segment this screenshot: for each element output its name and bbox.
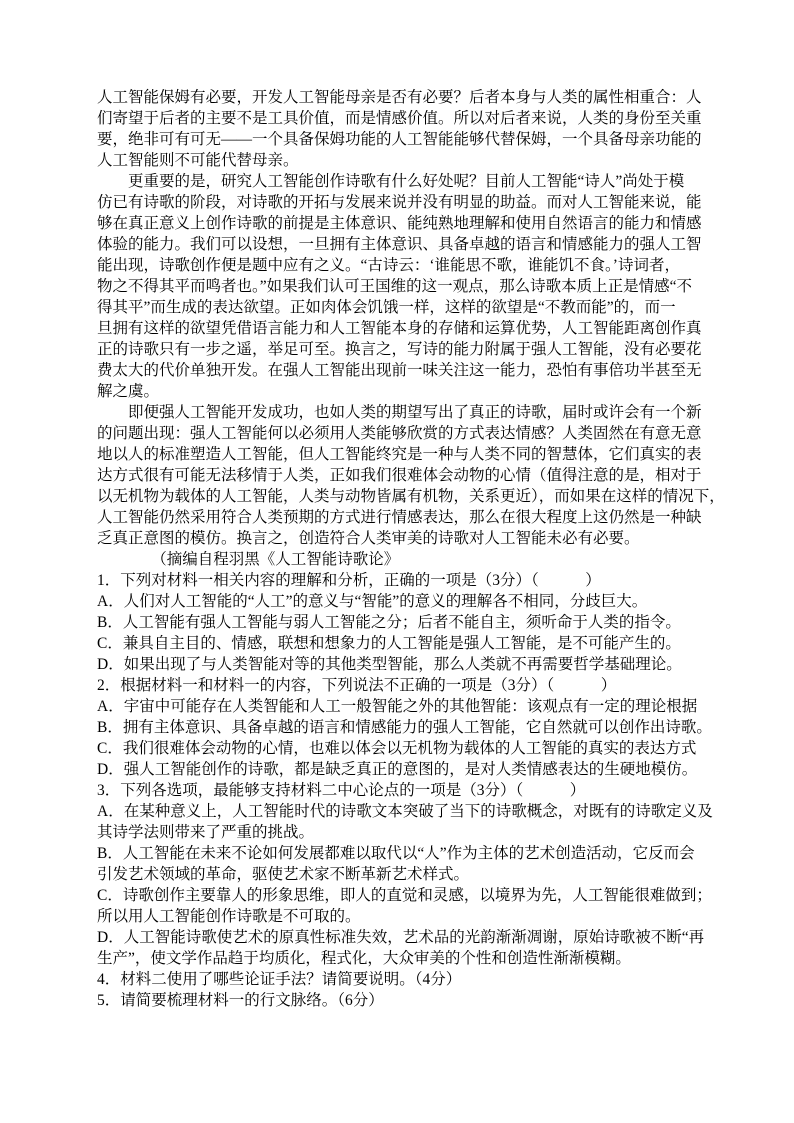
text-line: D．如果出现了与人类智能对等的其他类型智能，那么人类就不再需要哲学基础理论。 (97, 654, 794, 675)
text-line: C．诗歌创作主要靠人的形象思维，即人的直觉和灵感，以境界为先，人工智能很难做到； (97, 885, 794, 906)
text-line: 人工智能则不可能代替母亲。 (97, 150, 794, 171)
text-line: 引发艺术领域的革命，驱使艺术家不断革新艺术样式。 (97, 864, 794, 885)
text-line: 达方式很有可能无法移情于人类，正如我们很难体会动物的心情（值得注意的是，相对于 (97, 465, 794, 486)
text-line: A．人们对人工智能的“人工”的意义与“智能”的意义的理解各不相同，分歧巨大。 (97, 591, 794, 612)
text-line: 地以人的标准塑造人工智能，但人工智能终究是一种与人类不同的智慧体，它们真实的表 (97, 444, 794, 465)
text-line: 4．材料二使用了哪些论证手法？请简要说明。（4分） (97, 969, 794, 990)
text-line: 3．下列各选项，最能够支持材料二中心论点的一项是（3分）（ ） (97, 780, 794, 801)
text-line: 乏真正意图的模仿。换言之，创造符合人类审美的诗歌对人工智能未必有必要。 (97, 528, 794, 549)
text-line: 的问题出现：强人工智能何以必须用人类能够欣赏的方式表达情感？人类固然在有意无意 (97, 423, 794, 444)
text-line: D．人工智能诗歌使艺术的原真性标准失效，艺术品的光韵渐渐凋谢，原始诗歌被不断“再 (97, 927, 794, 948)
text-line: 以无机物为载体的人工智能，人类与动物皆属有机物，关系更近），而如果在这样的情况下… (97, 486, 794, 507)
text-line: 生产”，使文学作品趋于均质化，程式化，大众审美的个性和创造性渐渐模糊。 (97, 948, 794, 969)
text-line: B．人工智能在未来不论如何发展都难以取代以“人”作为主体的艺术创造活动，它反而会 (97, 843, 794, 864)
text-line: 更重要的是，研究人工智能创作诗歌有什么好处呢？目前人工智能“诗人”尚处于模 (97, 171, 794, 192)
text-line: 够在真正意义上创作诗歌的前提是主体意识、能纯熟地理解和使用自然语言的能力和情感 (97, 213, 794, 234)
text-line: 物之不得其平而鸣者也。”如果我们认可王国维的这一观点，那么诗歌本质上正是情感“不 (97, 276, 794, 297)
text-line: 人工智能仍然采用符合人类预期的方式进行情感表达，那么在很大程度上这仍然是一种缺 (97, 507, 794, 528)
text-line: （摘编自程羽黑《人工智能诗歌论》 (97, 549, 794, 570)
text-body: 人工智能保姆有必要，开发人工智能母亲是否有必要？后者本身与人类的属性相重合：人们… (97, 87, 794, 1011)
text-line: B．人工智能有强人工智能与弱人工智能之分；后者不能自主，须听命于人类的指令。 (97, 612, 794, 633)
text-line: 2．根据材料一和材料一的内容，下列说法不正确的一项是（3分）（ ） (97, 675, 794, 696)
text-line: 1．下列对材料一相关内容的理解和分析，正确的一项是（3分）（ ） (97, 570, 794, 591)
text-line: 所以用人工智能创作诗歌是不可取的。 (97, 906, 794, 927)
text-line: 费太大的代价单独开发。在强人工智能出现前一味关注这一能力，恐怕有事倍功半甚至无 (97, 360, 794, 381)
text-line: 5．请简要梳理材料一的行文脉络。（6分） (97, 990, 794, 1011)
text-line: B．拥有主体意识、具备卓越的语言和情感能力的强人工智能，它自然就可以创作出诗歌。 (97, 717, 794, 738)
text-line: D．强人工智能创作的诗歌，都是缺乏真正的意图的，是对人类情感表达的生硬地模仿。 (97, 759, 794, 780)
text-line: 得其平”而生成的表达欲望。正如肉体会饥饿一样，这样的欲望是“不教而能”的，而一 (97, 297, 794, 318)
text-line: 其诗学法则带来了严重的挑战。 (97, 822, 794, 843)
text-line: 能出现，诗歌创作便是题中应有之义。“古诗云：‘谁能思不歌，谁能饥不食。’诗词者， (97, 255, 794, 276)
document-page: 人工智能保姆有必要，开发人工智能母亲是否有必要？后者本身与人类的属性相重合：人们… (0, 0, 794, 1123)
text-line: 要，绝非可有可无——一个具备保姆功能的人工智能能够代替保姆，一个具备母亲功能的 (97, 129, 794, 150)
text-line: 即便强人工智能开发成功，也如人类的期望写出了真正的诗歌，届时或许会有一个新 (97, 402, 794, 423)
text-line: 旦拥有这样的欲望凭借语言能力和人工智能本身的存储和运算优势，人工智能距离创作真 (97, 318, 794, 339)
text-line: A．宇宙中可能存在人类智能和人工一般智能之外的其他智能：该观点有一定的理论根据 (97, 696, 794, 717)
text-line: 解之虞。 (97, 381, 794, 402)
text-line: 体验的能力。我们可以设想，一旦拥有主体意识、具备卓越的语言和情感能力的强人工智 (97, 234, 794, 255)
text-line: C．我们很难体会动物的心情，也难以体会以无机物为载体的人工智能的真实的表达方式 (97, 738, 794, 759)
text-line: 仿已有诗歌的阶段，对诗歌的开拓与发展来说并没有明显的助益。而对人工智能来说，能 (97, 192, 794, 213)
text-line: 正的诗歌只有一步之遥，举足可至。换言之，写诗的能力附属于强人工智能，没有必要花 (97, 339, 794, 360)
text-line: C．兼具自主目的、情感，联想和想象力的人工智能是强人工智能，是不可能产生的。 (97, 633, 794, 654)
text-line: A．在某种意义上，人工智能时代的诗歌文本突破了当下的诗歌概念，对既有的诗歌定义及 (97, 801, 794, 822)
text-line: 人工智能保姆有必要，开发人工智能母亲是否有必要？后者本身与人类的属性相重合：人 (97, 87, 794, 108)
text-line: 们寄望于后者的主要不是工具价值，而是情感价值。所以对后者来说，人类的身份至关重 (97, 108, 794, 129)
